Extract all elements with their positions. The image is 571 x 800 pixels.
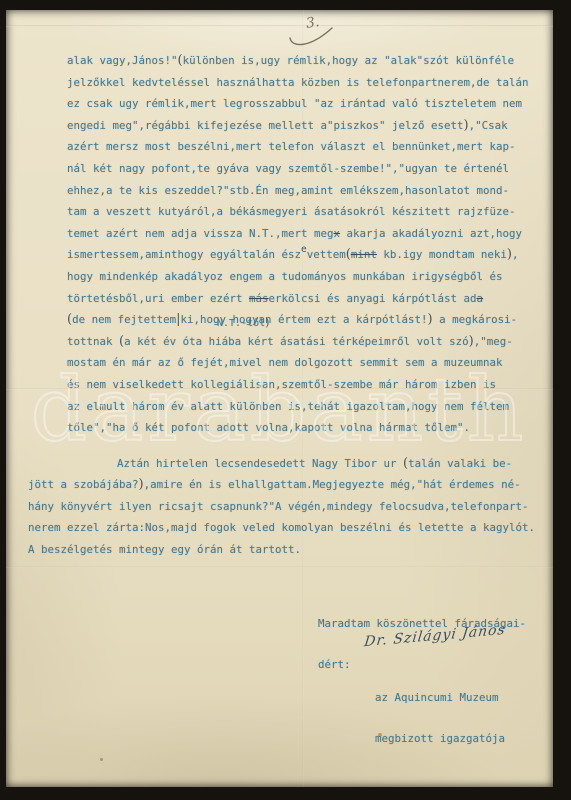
letter-line: hogy mindenkép akadályoz engem a tudomán… — [67, 266, 553, 288]
letter-line: temet azért nem adja vissza N.T.,mert me… — [67, 223, 553, 245]
page-number-handwritten: 3. — [294, 12, 354, 52]
letter-line: ismertessem,aminthogy egyáltalán észevet… — [67, 244, 553, 266]
letter-line: ez csak ugy rémlik,mert legrosszabbul "a… — [67, 93, 553, 115]
letter-line: tőle","ha ő két pofont adott volna,kapot… — [67, 417, 553, 439]
pen-flourish-icon — [284, 22, 348, 50]
letter-line: tottnak (a két év óta hiába kért ásatási… — [67, 331, 553, 353]
paper-stain — [100, 758, 103, 761]
letter-line: jelzőkkel kedvteléssel használhatta közb… — [67, 72, 553, 94]
signer-title-block: az Aquincumi Muzeum megbizott igazgatója — [375, 664, 505, 772]
signer-title-line: megbizott igazgatója — [375, 732, 505, 746]
letter-line: nerem ezzel zárta:Nos,majd fogok veled k… — [28, 517, 553, 539]
letter-line: mostam én már az ő fejét,mivel nem dolgo… — [67, 352, 553, 374]
letter-line: és nem viselkedett kollegiálisan,szemtől… — [67, 374, 553, 396]
letter-line: ehhez,a te kis eszeddel?"stb.Én meg,amin… — [67, 180, 553, 202]
fold-crease — [6, 25, 553, 27]
letter-line: nál két nagy pofont,te gyáva vagy szemtő… — [67, 158, 553, 180]
letter-line: az elmult három év alatt különben is,teh… — [67, 396, 553, 418]
letter-line: alak vagy,János!"(különben is,ugy rémlik… — [67, 50, 553, 72]
letter-page: 3. alak vagy,János!"(különben is,ugy rém… — [6, 10, 553, 787]
letter-line: törtetésből,uri ember ezért máserkölcsi … — [67, 288, 553, 310]
letter-line: tam a veszett kutyáról,a békásmegyeri ás… — [67, 201, 553, 223]
letter-line: A beszélgetés mintegy egy órán át tartot… — [28, 539, 553, 561]
letter-line: Aztán hirtelen lecsendesedett Nagy Tibor… — [67, 453, 553, 475]
letter-line: engedi meg",régábbi kifejezése mellett a… — [67, 115, 553, 137]
letter-line: hány könyvért ilyen ricsajt csapnunk?"A … — [28, 496, 553, 518]
signer-title-line: az Aquincumi Muzeum — [375, 691, 505, 705]
fold-crease — [6, 566, 553, 568]
letter-line: (de nem fejtettem|ki,hogy hogyan értem e… — [67, 309, 553, 331]
letter-body: alak vagy,János!"(különben is,ugy rémlik… — [67, 50, 553, 561]
photo-background: 3. alak vagy,János!"(különben is,ugy rém… — [0, 0, 571, 800]
letter-line: jött a szobájába?),amire én is elhallgat… — [28, 474, 553, 496]
letter-line: azért mersz most beszélni,mert telefon v… — [67, 136, 553, 158]
